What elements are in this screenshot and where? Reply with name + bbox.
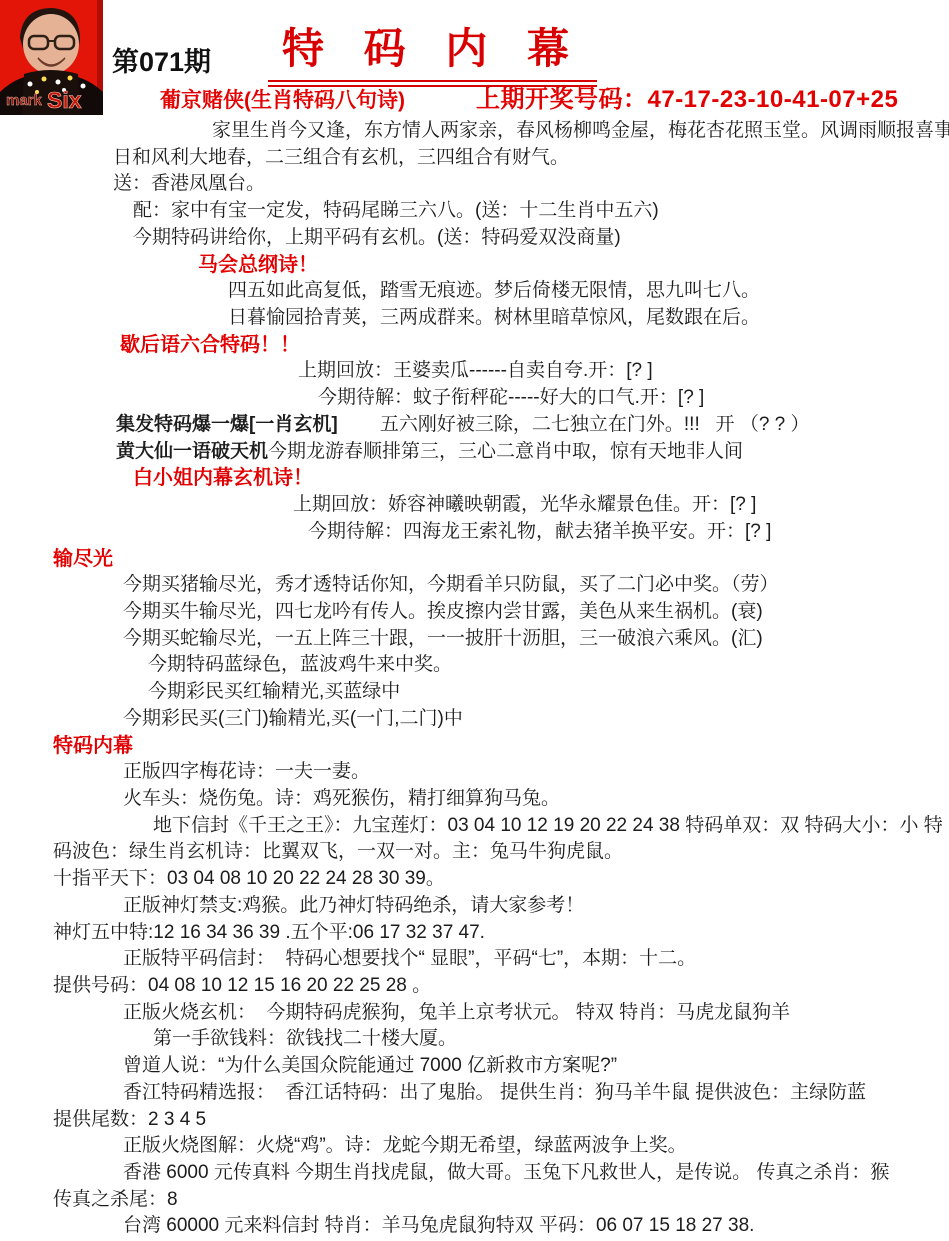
text-segment: 日暮愉园拾青荚，三两成群来。树林里暗草惊风，尾数跟在后。 xyxy=(228,307,760,328)
text-segment: 集发特码爆一爆[一肖玄机] xyxy=(116,414,338,435)
text-line: 提供号码：04 08 10 12 15 16 20 22 25 28 。 xyxy=(0,973,949,1000)
section-heading: 歇后语六合特码！！ xyxy=(0,332,949,359)
text-segment: 送：香港凤凰台。 xyxy=(113,173,265,194)
text-segment: 上期回放：王婆卖瓜------自卖自夸.开：[? ] xyxy=(298,360,653,381)
text-line: 今期彩民买红输精光,买蓝绿中 xyxy=(0,679,949,706)
text-segment: 传真之杀尾：8 xyxy=(53,1189,178,1210)
text-segment: 提供尾数：2 3 4 5 xyxy=(53,1109,206,1130)
text-segment: 香港 6000 元传真料 今期生肖找虎鼠，做大哥。玉兔下凡救世人，是传说。 传真… xyxy=(123,1162,889,1183)
text-line: 今期买牛输尽光，四七龙吟有传人。挨皮擦内尝甘露，美色从来生祸机。(衰) xyxy=(0,599,949,626)
last-draw-numbers: 上期开奖号码：47-17-23-10-41-07+25 xyxy=(476,79,898,114)
text-line: 正版神灯禁支:鸡猴。此乃神灯特码绝杀，请大家参考！ xyxy=(0,893,949,920)
text-line: 曾道人说：“为什么美国众院能通过 7000 亿新救市方案呢?” xyxy=(0,1053,949,1080)
text-segment: 地下信封《千王之王》：九宝莲灯：03 04 10 12 19 20 22 24 … xyxy=(153,815,943,836)
issue-number: 第071期 xyxy=(112,40,211,79)
content-lines: 家里生肖今又逢，东方情人两家亲，春风杨柳鸣金屋，梅花杏花照玉堂。风调雨顺报喜事，… xyxy=(0,118,949,1240)
text-line: 传真之杀尾：8 xyxy=(0,1187,949,1214)
text-segment: 五六刚好被三除，二七独立在门外。!!! 开 （? ? ） xyxy=(338,414,810,435)
text-segment: 正版火烧玄机： 今期特码虎猴狗，兔羊上京考状元。 特双 特肖：马虎龙鼠狗羊 xyxy=(123,1002,790,1023)
text-segment: 今期彩民买红输精光,买蓝绿中 xyxy=(148,681,400,702)
text-segment: 马会总纲诗！ xyxy=(198,254,318,276)
text-segment: 黄大仙一语破天机 xyxy=(116,441,268,462)
text-segment: 今期买猪输尽光，秀才透特话你知，今期看羊只防鼠，买了二门必中奖。（劳） xyxy=(123,574,779,595)
text-line: 送：香港凤凰台。 xyxy=(0,171,949,198)
section-heading: 马会总纲诗！ xyxy=(0,252,949,279)
text-segment: 上期回放：娇容神曦映朝霞，光华永耀景色佳。开：[? ] xyxy=(293,494,756,515)
text-segment: 台湾 60000 元来料信封 特肖：羊马兔虎鼠狗特双 平码：06 07 15 1… xyxy=(123,1215,754,1236)
text-line: 集发特码爆一爆[一肖玄机] 五六刚好被三除，二七独立在门外。!!! 开 （? ?… xyxy=(0,412,949,439)
text-segment: 曾道人说：“为什么美国众院能通过 7000 亿新救市方案呢?” xyxy=(123,1055,617,1076)
text-line: 地下信封《千王之王》：九宝莲灯：03 04 10 12 19 20 22 24 … xyxy=(0,813,949,840)
text-line: 今期彩民买(三门)输精光,买(一门,二门)中 xyxy=(0,706,949,733)
text-line: 提供尾数：2 3 4 5 xyxy=(0,1107,949,1134)
marksix-logo: mark Six xyxy=(0,0,103,115)
logo-text-six: Six xyxy=(47,87,82,113)
text-segment: 第一手欲钱料：欲钱找二十楼大厦。 xyxy=(153,1028,457,1049)
text-segment: 今期买牛输尽光，四七龙吟有传人。挨皮擦内尝甘露，美色从来生祸机。(衰) xyxy=(123,601,763,622)
text-line: 今期买蛇输尽光，一五上阵三十跟，一一披肝十沥胆，三一破浪六乘风。(汇) xyxy=(0,626,949,653)
text-segment: 正版特平码信封： 特码心想要找个“ 显眼”，平码“七”，本期：十二。 xyxy=(123,948,696,969)
text-line: 今期特码蓝绿色，蓝波鸡牛来中奖。 xyxy=(0,652,949,679)
text-line: 日暮愉园拾青荚，三两成群来。树林里暗草惊风，尾数跟在后。 xyxy=(0,305,949,332)
text-line: 正版火烧玄机： 今期特码虎猴狗，兔羊上京考状元。 特双 特肖：马虎龙鼠狗羊 xyxy=(0,1000,949,1027)
text-segment: 正版神灯禁支:鸡猴。此乃神灯特码绝杀，请大家参考！ xyxy=(123,895,584,916)
text-segment: 四五如此高复低，踏雪无痕迹。梦后倚楼无限情，思九叫七八。 xyxy=(228,280,760,301)
text-line: 今期待解：四海龙王索礼物，献去猪羊换平安。开：[? ] xyxy=(0,519,949,546)
text-segment: 火车头：烧伤兔。诗：鸡死猴伤，精打细算狗马兔。 xyxy=(123,788,560,809)
text-line: 上期回放：王婆卖瓜------自卖自夸.开：[? ] xyxy=(0,358,949,385)
text-line: 正版四字梅花诗：一夫一妻。 xyxy=(0,759,949,786)
text-segment: 今期待解：蚊子衔秤砣-----好大的口气.开：[? ] xyxy=(318,387,704,408)
text-line: 码波色：绿生肖玄机诗：比翼双飞，一双一对。主：兔马牛狗虎鼠。 xyxy=(0,839,949,866)
section-heading: 输尽光 xyxy=(0,546,949,573)
text-segment: 提供号码：04 08 10 12 15 16 20 22 25 28 。 xyxy=(53,975,431,996)
text-segment: 输尽光 xyxy=(53,548,113,570)
text-segment: 今期彩民买(三门)输精光,买(一门,二门)中 xyxy=(123,708,463,729)
lottery-tip-sheet-page: mark Six 第071期 特 码 内 幕 葡京赌侠(生肖特码八句诗) 上期开… xyxy=(0,0,949,1241)
marksix-logo-image: mark Six xyxy=(0,0,103,115)
text-line: 配：家中有宝一定发，特码尾睇三六八。(送：十二生肖中五六) xyxy=(0,198,949,225)
text-line: 今期买猪输尽光，秀才透特话你知，今期看羊只防鼠，买了二门必中奖。（劳） xyxy=(0,572,949,599)
text-segment: 正版火烧图解：火烧“鸡”。诗：龙蛇今期无希望，绿蓝两波争上奖。 xyxy=(123,1135,687,1156)
text-line: 台湾 60000 元来料信封 特肖：羊马兔虎鼠狗特双 平码：06 07 15 1… xyxy=(0,1213,949,1240)
text-segment: 今期买蛇输尽光，一五上阵三十跟，一一披肝十沥胆，三一破浪六乘风。(汇) xyxy=(123,628,763,649)
text-segment: 配：家中有宝一定发，特码尾睇三六八。(送：十二生肖中五六) xyxy=(133,200,659,221)
text-line: 今期特码讲给你，上期平码有玄机。(送：特码爱双没商量) xyxy=(0,225,949,252)
text-segment: 码波色：绿生肖玄机诗：比翼双飞，一双一对。主：兔马牛狗虎鼠。 xyxy=(53,841,623,862)
text-segment: 歇后语六合特码！！ xyxy=(120,334,300,356)
text-segment: 今期特码蓝绿色，蓝波鸡牛来中奖。 xyxy=(148,654,452,675)
text-segment: 正版四字梅花诗：一夫一妻。 xyxy=(123,761,370,782)
text-line: 四五如此高复低，踏雪无痕迹。梦后倚楼无限情，思九叫七八。 xyxy=(0,278,949,305)
section-heading: 白小姐内幕玄机诗！ xyxy=(0,465,949,492)
logo-text-mark: mark xyxy=(6,92,43,109)
text-line: 正版特平码信封： 特码心想要找个“ 显眼”，平码“七”，本期：十二。 xyxy=(0,946,949,973)
text-segment: 特码内幕 xyxy=(53,735,133,757)
text-line: 神灯五中特:12 16 34 36 39 .五个平:06 17 32 37 47… xyxy=(0,920,949,947)
text-segment: 香江特码精选报： 香江话特码：出了鬼胎。 提供生肖：狗马羊牛鼠 提供波色：主绿防… xyxy=(123,1082,866,1103)
text-line: 日和风利大地春，二三组合有玄机，三四组合有财气。 xyxy=(0,145,949,172)
text-line: 火车头：烧伤兔。诗：鸡死猴伤，精打细算狗马兔。 xyxy=(0,786,949,813)
section-heading: 特码内幕 xyxy=(0,733,949,760)
page-title: 特 码 内 幕 xyxy=(268,16,597,87)
text-segment: 今期龙游春顺排第三，三心二意肖中取，惊有天地非人间 xyxy=(268,441,743,462)
text-line: 上期回放：娇容神曦映朝霞，光华永耀景色佳。开：[? ] xyxy=(0,492,949,519)
text-segment: 今期特码讲给你，上期平码有玄机。(送：特码爱双没商量) xyxy=(133,227,621,248)
text-segment: 神灯五中特:12 16 34 36 39 .五个平:06 17 32 37 47… xyxy=(53,922,485,943)
text-line: 香港 6000 元传真料 今期生肖找虎鼠，做大哥。玉兔下凡救世人，是传说。 传真… xyxy=(0,1160,949,1187)
text-line: 今期待解：蚊子衔秤砣-----好大的口气.开：[? ] xyxy=(0,385,949,412)
subtitle-poem-label: 葡京赌侠(生肖特码八句诗) xyxy=(160,84,405,114)
text-segment: 家里生肖今又逢，东方情人两家亲，春风杨柳鸣金屋，梅花杏花照玉堂。风调雨顺报喜事， xyxy=(212,120,949,141)
text-segment: 十指平天下：03 04 08 10 20 22 24 28 30 39。 xyxy=(53,868,445,889)
text-line: 十指平天下：03 04 08 10 20 22 24 28 30 39。 xyxy=(0,866,949,893)
text-segment: 日和风利大地春，二三组合有玄机，三四组合有财气。 xyxy=(113,147,569,168)
text-line: 香江特码精选报： 香江话特码：出了鬼胎。 提供生肖：狗马羊牛鼠 提供波色：主绿防… xyxy=(0,1080,949,1107)
text-segment: 白小姐内幕玄机诗！ xyxy=(133,467,313,489)
text-line: 第一手欲钱料：欲钱找二十楼大厦。 xyxy=(0,1026,949,1053)
text-line: 正版火烧图解：火烧“鸡”。诗：龙蛇今期无希望，绿蓝两波争上奖。 xyxy=(0,1133,949,1160)
text-line: 家里生肖今又逢，东方情人两家亲，春风杨柳鸣金屋，梅花杏花照玉堂。风调雨顺报喜事， xyxy=(0,118,949,145)
text-segment: 今期待解：四海龙王索礼物，献去猪羊换平安。开：[? ] xyxy=(308,521,771,542)
text-line: 黄大仙一语破天机今期龙游春顺排第三，三心二意肖中取，惊有天地非人间 xyxy=(0,439,949,466)
